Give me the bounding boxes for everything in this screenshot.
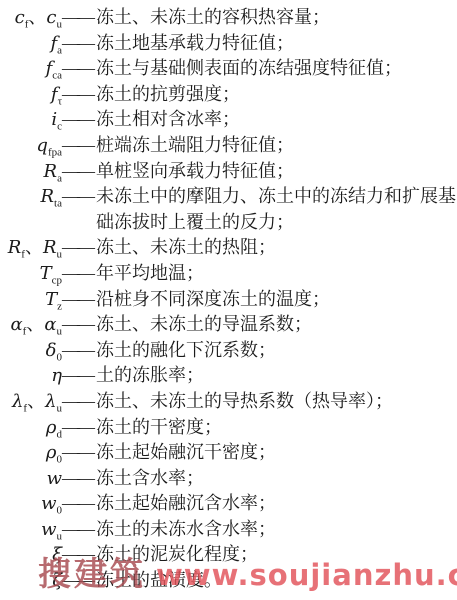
definition-dash: —— — [62, 440, 96, 466]
symbol-description: 冻土相对含冰率； — [96, 107, 457, 133]
symbol-notation: Ra — [0, 159, 62, 185]
symbol-row: w0——冻土起始融沉含水率； — [0, 491, 457, 517]
symbol-notation: ρd — [0, 415, 62, 441]
symbol-notation: fca — [0, 56, 62, 82]
symbol-description: 冻土地基承载力特征值； — [96, 31, 457, 57]
definition-dash: —— — [62, 517, 96, 543]
symbol-notation: qfpa — [0, 133, 62, 159]
definition-dash: —— — [62, 415, 96, 441]
symbol-description: 冻土、未冻土的导温系数； — [96, 312, 457, 338]
symbol-notation: αf、αu — [0, 312, 62, 338]
symbol-description: 冻土的干密度； — [96, 415, 457, 441]
symbol-notation: δ0 — [0, 338, 62, 364]
definition-dash: —— — [62, 542, 96, 568]
definition-dash: —— — [62, 338, 96, 364]
definition-dash: —— — [62, 261, 96, 287]
symbol-notation: Tcp — [0, 261, 62, 287]
definition-dash: —— — [62, 31, 96, 57]
definition-dash: —— — [62, 5, 96, 31]
symbol-row: ρd——冻土的干密度； — [0, 415, 457, 441]
symbol-row: η——土的冻胀率； — [0, 363, 457, 389]
symbol-notation: ζ — [0, 568, 62, 594]
symbol-description: 冻土起始融沉含水率； — [96, 491, 457, 517]
symbol-notation: Tz — [0, 287, 62, 313]
symbol-description: 冻土的泥炭化程度； — [96, 542, 457, 568]
symbol-description: 冻土含水率； — [96, 466, 457, 492]
symbol-description: 未冻土中的摩阻力、冻土中的冻结力和扩展基础冻拔时上覆土的反力； — [96, 184, 457, 235]
definition-dash: —— — [62, 312, 96, 338]
symbol-row: wu——冻土的未冻水含水率； — [0, 517, 457, 543]
definition-dash: —— — [62, 82, 96, 108]
symbol-description: 冻土的未冻水含水率； — [96, 517, 457, 543]
definition-dash: —— — [62, 235, 96, 261]
symbol-description: 冻土的融化下沉系数； — [96, 338, 457, 364]
symbol-description: 桩端冻土端阻力特征值； — [96, 133, 457, 159]
definition-dash: —— — [62, 287, 96, 313]
symbol-notation: ic — [0, 107, 62, 133]
definition-dash: —— — [62, 466, 96, 492]
symbol-notation: ρ0 — [0, 440, 62, 466]
definition-dash: —— — [62, 159, 96, 185]
symbol-notation: wu — [0, 517, 62, 543]
symbol-row: Ra——单桩竖向承载力特征值； — [0, 159, 457, 185]
symbol-row: ζ——冻土的盐渍度。 — [0, 568, 457, 594]
symbol-description: 冻土起始融沉干密度； — [96, 440, 457, 466]
symbol-notation: w — [0, 466, 62, 492]
symbol-row: αf、αu——冻土、未冻土的导温系数； — [0, 312, 457, 338]
definition-dash: —— — [62, 56, 96, 82]
symbol-row: Tcp——年平均地温； — [0, 261, 457, 287]
symbol-row: fa——冻土地基承载力特征值； — [0, 31, 457, 57]
symbol-description: 冻土的抗剪强度； — [96, 82, 457, 108]
symbol-notation: Rf、Ru — [0, 235, 62, 261]
symbol-row: Rta——未冻土中的摩阻力、冻土中的冻结力和扩展基础冻拔时上覆土的反力； — [0, 184, 457, 235]
symbol-row: λf、λu——冻土、未冻土的导热系数（热导率）； — [0, 389, 457, 415]
symbol-row: ρ0——冻土起始融沉干密度； — [0, 440, 457, 466]
symbol-notation: fτ — [0, 82, 62, 108]
definition-dash: —— — [62, 491, 96, 517]
symbol-row: cf、cu——冻土、未冻土的容积热容量； — [0, 5, 457, 31]
definition-dash: —— — [62, 184, 96, 210]
symbol-notation: η — [0, 363, 62, 389]
symbol-row: qfpa——桩端冻土端阻力特征值； — [0, 133, 457, 159]
symbol-description: 冻土的盐渍度。 — [96, 568, 457, 594]
symbol-notation: ξ — [0, 542, 62, 568]
symbol-description: 单桩竖向承载力特征值； — [96, 159, 457, 185]
symbol-description: 冻土与基础侧表面的冻结强度特征值； — [96, 56, 457, 82]
symbol-notation: cf、cu — [0, 5, 62, 31]
document-page: cf、cu——冻土、未冻土的容积热容量；fa——冻土地基承载力特征值；fca——… — [0, 0, 457, 600]
symbol-notation: λf、λu — [0, 389, 62, 415]
symbol-definition-list: cf、cu——冻土、未冻土的容积热容量；fa——冻土地基承载力特征值；fca——… — [0, 5, 457, 594]
symbol-row: δ0——冻土的融化下沉系数； — [0, 338, 457, 364]
symbol-notation: w0 — [0, 491, 62, 517]
symbol-description: 年平均地温； — [96, 261, 457, 287]
symbol-row: ic——冻土相对含冰率； — [0, 107, 457, 133]
definition-dash: —— — [62, 107, 96, 133]
symbol-notation: Rta — [0, 184, 62, 210]
definition-dash: —— — [62, 363, 96, 389]
definition-dash: —— — [62, 133, 96, 159]
symbol-row: Rf、Ru——冻土、未冻土的热阻； — [0, 235, 457, 261]
symbol-row: Tz——沿桩身不同深度冻土的温度； — [0, 287, 457, 313]
symbol-row: w——冻土含水率； — [0, 466, 457, 492]
symbol-description: 冻土、未冻土的热阻； — [96, 235, 457, 261]
definition-dash: —— — [62, 568, 96, 594]
symbol-description: 土的冻胀率； — [96, 363, 457, 389]
symbol-row: fτ——冻土的抗剪强度； — [0, 82, 457, 108]
symbol-description: 沿桩身不同深度冻土的温度； — [96, 287, 457, 313]
symbol-row: ξ——冻土的泥炭化程度； — [0, 542, 457, 568]
definition-dash: —— — [62, 389, 96, 415]
symbol-description: 冻土、未冻土的容积热容量； — [96, 5, 457, 31]
symbol-description: 冻土、未冻土的导热系数（热导率）； — [96, 389, 457, 415]
symbol-notation: fa — [0, 31, 62, 57]
symbol-row: fca——冻土与基础侧表面的冻结强度特征值； — [0, 56, 457, 82]
